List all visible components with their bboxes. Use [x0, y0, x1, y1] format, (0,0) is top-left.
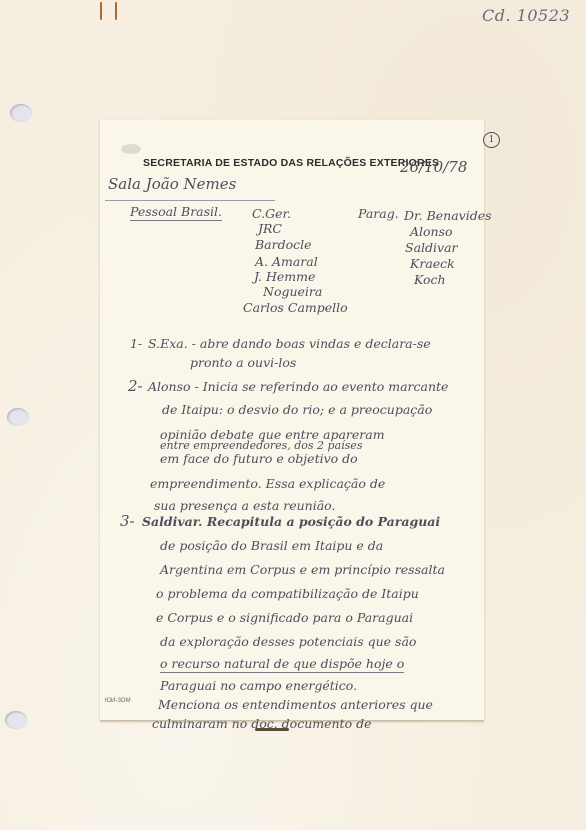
- item-number: 1-: [130, 336, 142, 351]
- item-line: empreendimento. Essa explicação de: [150, 476, 385, 491]
- participant: Nogueira: [263, 284, 322, 299]
- coat-of-arms-icon: [120, 142, 142, 156]
- punch-hole: [7, 408, 29, 426]
- item-line: o problema da compatibilização de Itaipu: [156, 586, 419, 601]
- item-line: S.Exa. - abre dando boas vindas e declar…: [148, 336, 431, 351]
- participant: Bardocle: [255, 237, 312, 252]
- participant: C.Ger.: [252, 206, 291, 221]
- item-number: 3-: [120, 512, 135, 530]
- location: Sala João Nemes: [108, 175, 236, 193]
- date: 26/10/78: [400, 158, 467, 176]
- participant: Kraeck: [410, 256, 455, 271]
- item-line: Saldivar. Recapitula a posição do Paragu…: [142, 514, 440, 529]
- participant: JRC: [258, 221, 282, 236]
- item-line: Paraguai no campo energético.: [160, 678, 357, 693]
- paraguay-label: Parag.: [358, 206, 399, 221]
- paper-clip-mark: [255, 728, 289, 731]
- page-number: 1: [483, 132, 500, 148]
- item-line: o recurso natural de que dispõe hoje o: [160, 656, 404, 673]
- document-sheet: SECRETARIA DE ESTADO DAS RELAÇÕES EXTERI…: [100, 120, 484, 721]
- participant: J. Hemme: [254, 269, 315, 284]
- participant: Carlos Campello: [243, 300, 348, 315]
- item-line: de posição do Brasil em Itaipu e da: [160, 538, 383, 553]
- punch-hole: [10, 104, 32, 122]
- item-line: e Corpus e o significado para o Paraguai: [156, 610, 413, 625]
- item-line: da exploração desses potenciais que são: [160, 634, 416, 649]
- item-line: Menciona os entendimentos anteriores que: [158, 697, 433, 712]
- letterhead: SECRETARIA DE ESTADO DAS RELAÇÕES EXTERI…: [143, 157, 439, 169]
- item-line: Argentina em Corpus e em princípio ressa…: [160, 562, 445, 577]
- participant: Koch: [414, 272, 446, 287]
- divider: [105, 200, 275, 201]
- staple-mark: [115, 2, 117, 20]
- item-line: de Itaipu: o desvio do rio; e a preocupa…: [162, 402, 432, 417]
- item-line: em face do futuro e objetivo do: [160, 451, 358, 466]
- brazil-label: Pessoal Brasil.: [130, 204, 222, 221]
- punch-hole: [5, 711, 27, 729]
- item-line: Alonso - Inicia se referindo ao evento m…: [148, 379, 448, 394]
- participant: Saldivar: [405, 240, 458, 255]
- item-number: 2-: [128, 377, 143, 395]
- participant: A. Amaral: [255, 254, 318, 269]
- item-line: pronto a ouvi-los: [190, 355, 296, 370]
- participant: Alonso: [410, 224, 453, 239]
- footer-stamp: ЮИ-ЗОМ: [105, 698, 131, 704]
- catalog-code: Cd. 10523: [482, 6, 570, 25]
- staple-mark: [100, 2, 102, 20]
- item-line: sua presença a esta reunião.: [154, 498, 335, 513]
- participant: Dr. Benavides: [404, 208, 492, 223]
